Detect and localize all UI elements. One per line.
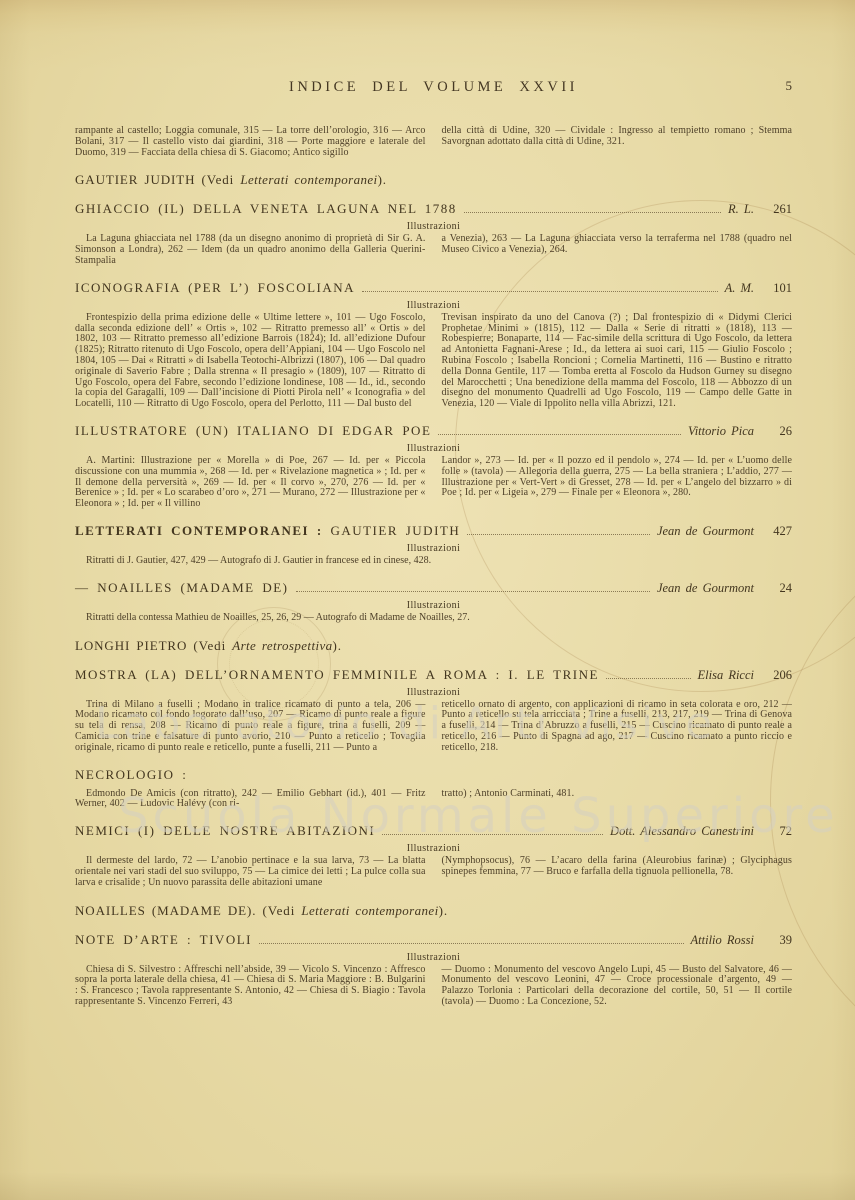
index-entry-noailles-xref: NOAILLES (MADAME DE). (Vedi Letterati co… (75, 903, 792, 919)
entry-page-number: 101 (762, 281, 792, 296)
page-number: 5 (786, 78, 793, 94)
xref-italic: Letterati contemporanei (240, 172, 377, 187)
entry-author: A. M. (725, 281, 754, 296)
entry-title: NOTE D’ARTE : TIVOLI (75, 932, 252, 948)
entry-heading: NOTE D’ARTE : TIVOLI Attilio Rossi 39 (75, 932, 792, 948)
entry-heading: MOSTRA (LA) DELL’ORNAMENTO FEMMINILE A R… (75, 667, 792, 683)
entry-title: NECROLOGIO : (75, 767, 187, 783)
continuation-right-column: della città di Udine, 320 — Cividale : I… (442, 126, 793, 158)
dotted-leader (296, 588, 650, 592)
page-title: INDICE DEL VOLUME XXVII (289, 79, 578, 95)
entry-page-number: 72 (762, 824, 792, 839)
illustrations-right-column: — Duomo : Monumento del vescovo Angelo L… (442, 965, 793, 1008)
entry-title: ILLUSTRATORE (UN) ITALIANO DI EDGAR POE (75, 423, 431, 439)
index-entry-nemici: NEMICI (I) DELLE NOSTRE ABITAZIONI Dott.… (75, 823, 792, 888)
xref-text: GAUTIER JUDITH (Vedi (75, 172, 240, 187)
illustrations-label: Illustrazioni (75, 300, 792, 311)
entry-title: LETTERATI CONTEMPORANEI : GAUTIER JUDITH (75, 523, 460, 539)
illustrations-left-column: Trina di Milano a fuselli ; Modano in tr… (75, 700, 426, 754)
entry-page-number: 206 (762, 668, 792, 683)
xref-text: LONGHI PIETRO (Vedi (75, 638, 232, 653)
entry-page-number: 427 (762, 524, 792, 539)
entry-title: — NOAILLES (MADAME DE) (75, 580, 289, 596)
entry-author: Vittorio Pica (688, 424, 754, 439)
necrology-right-column: tratto) ; Antonio Carminati, 481. (442, 789, 793, 811)
index-entry-note-darte: NOTE D’ARTE : TIVOLI Attilio Rossi 39 Il… (75, 932, 792, 1008)
entry-heading: ICONOGRAFIA (PER L’) FOSCOLIANA A. M. 10… (75, 280, 792, 296)
illustrations-list: Trina di Milano a fuselli ; Modano in tr… (75, 700, 792, 754)
page-header: INDICE DEL VOLUME XXVII 5 (75, 78, 792, 96)
illustrations-left-column: A. Martini: Illustrazione per « Morella … (75, 456, 426, 510)
index-entry-necrologio: NECROLOGIO : Edmondo De Amicis (con ritr… (75, 767, 792, 811)
continuation-left-column: rampante al castello; Loggia comunale, 3… (75, 126, 426, 158)
index-entry-longhi-xref: LONGHI PIETRO (Vedi Arte retrospettiva). (75, 638, 792, 654)
entry-title: NEMICI (I) DELLE NOSTRE ABITAZIONI (75, 823, 375, 839)
xref-italic: Arte retrospettiva (232, 638, 332, 653)
scanned-index-page: { "page": { "title": "INDICE DEL VOLUME … (0, 0, 855, 1200)
entry-title-rest: GAUTIER JUDITH (323, 523, 461, 538)
illustrations-list: Il dermeste del lardo, 72 — L’anobio per… (75, 856, 792, 888)
dotted-leader (467, 531, 650, 535)
index-entry-letterati: LETTERATI CONTEMPORANEI : GAUTIER JUDITH… (75, 523, 792, 567)
dotted-leader (362, 288, 718, 292)
illustrations-right-column: Landor », 273 — Id. per « Il pozzo ed il… (442, 456, 793, 510)
entry-page-number: 261 (762, 202, 792, 217)
illustrations-left-column: Il dermeste del lardo, 72 — L’anobio per… (75, 856, 426, 888)
entry-title: ICONOGRAFIA (PER L’) FOSCOLIANA (75, 280, 355, 296)
dotted-leader (606, 675, 691, 679)
index-entry-mostra: MOSTRA (LA) DELL’ORNAMENTO FEMMINILE A R… (75, 667, 792, 754)
xref-italic: Letterati contemporanei (301, 903, 438, 918)
xref-text: NOAILLES (MADAME DE). (Vedi (75, 903, 301, 918)
dotted-leader (259, 940, 684, 944)
entry-title-bold: LETTERATI CONTEMPORANEI : (75, 523, 323, 538)
entry-page-number: 39 (762, 933, 792, 948)
entry-page-number: 24 (762, 581, 792, 596)
illustrations-label: Illustrazioni (75, 221, 792, 232)
illustrations-left-column: Chiesa di S. Silvestro : Affreschi nell’… (75, 965, 426, 1008)
illustrations-label: Illustrazioni (75, 543, 792, 554)
illustrations-label: Illustrazioni (75, 443, 792, 454)
illustrations-right-column: Trevisan inspirato da uno del Canova (?)… (442, 313, 793, 410)
page-content: INDICE DEL VOLUME XXVII 5 rampante al ca… (0, 0, 855, 1008)
illustrations-label: Illustrazioni (75, 687, 792, 698)
necrology-left-column: Edmondo De Amicis (con ritratto), 242 — … (75, 789, 426, 811)
illustrations-left-column: Frontespizio della prima edizione delle … (75, 313, 426, 410)
illustrations-list: A. Martini: Illustrazione per « Morella … (75, 456, 792, 510)
illustrations-line: Ritratti della contessa Mathieu de Noail… (75, 613, 792, 624)
illustrations-right-column: a Venezia), 263 — La Laguna ghiacciata v… (442, 234, 793, 266)
illustrations-list: Frontespizio della prima edizione delle … (75, 313, 792, 410)
index-entry-iconografia: ICONOGRAFIA (PER L’) FOSCOLIANA A. M. 10… (75, 280, 792, 410)
dotted-leader (438, 431, 681, 435)
entry-heading: NEMICI (I) DELLE NOSTRE ABITAZIONI Dott.… (75, 823, 792, 839)
illustrations-left-column: La Laguna ghiacciata nel 1788 (da un dis… (75, 234, 426, 266)
entry-heading: NECROLOGIO : (75, 767, 792, 783)
entry-author: Elisa Ricci (698, 668, 755, 683)
illustrations-list: La Laguna ghiacciata nel 1788 (da un dis… (75, 234, 792, 266)
entry-title: GHIACCIO (IL) DELLA VENETA LAGUNA NEL 17… (75, 201, 457, 217)
entry-author: Jean de Gourmont (657, 581, 754, 596)
illustrations-label: Illustrazioni (75, 600, 792, 611)
entry-heading: — NOAILLES (MADAME DE) Jean de Gourmont … (75, 580, 792, 596)
xref-end: ). (378, 172, 387, 187)
index-entry-noailles: — NOAILLES (MADAME DE) Jean de Gourmont … (75, 580, 792, 624)
illustrations-right-column: (Nymphopsocus), 76 — L’acaro della farin… (442, 856, 793, 888)
illustrations-list: Chiesa di S. Silvestro : Affreschi nell’… (75, 965, 792, 1008)
illustrations-label: Illustrazioni (75, 952, 792, 963)
entry-heading: ILLUSTRATORE (UN) ITALIANO DI EDGAR POE … (75, 423, 792, 439)
xref-end: ). (333, 638, 342, 653)
entry-author: Attilio Rossi (691, 933, 754, 948)
necrology-list: Edmondo De Amicis (con ritratto), 242 — … (75, 789, 792, 811)
entry-author: Dott. Alessandro Canestrini (610, 824, 754, 839)
entry-heading: LETTERATI CONTEMPORANEI : GAUTIER JUDITH… (75, 523, 792, 539)
continuation-paragraph: rampante al castello; Loggia comunale, 3… (75, 126, 792, 158)
dotted-leader (382, 831, 603, 835)
entry-page-number: 26 (762, 424, 792, 439)
xref-end: ). (439, 903, 448, 918)
entry-author: R. L. (728, 202, 754, 217)
illustrations-line: Ritratti di J. Gautier, 427, 429 — Autog… (75, 556, 792, 567)
illustrations-label: Illustrazioni (75, 843, 792, 854)
index-entry-gautier-xref: GAUTIER JUDITH (Vedi Letterati contempor… (75, 172, 792, 188)
entry-author: Jean de Gourmont (657, 524, 754, 539)
illustrations-right-column: reticello ornato di argento, con applica… (442, 700, 793, 754)
index-entry-illustratore: ILLUSTRATORE (UN) ITALIANO DI EDGAR POE … (75, 423, 792, 510)
entry-heading: GHIACCIO (IL) DELLA VENETA LAGUNA NEL 17… (75, 201, 792, 217)
dotted-leader (464, 209, 721, 213)
entry-title: MOSTRA (LA) DELL’ORNAMENTO FEMMINILE A R… (75, 667, 599, 683)
index-entry-ghiaccio: GHIACCIO (IL) DELLA VENETA LAGUNA NEL 17… (75, 201, 792, 266)
